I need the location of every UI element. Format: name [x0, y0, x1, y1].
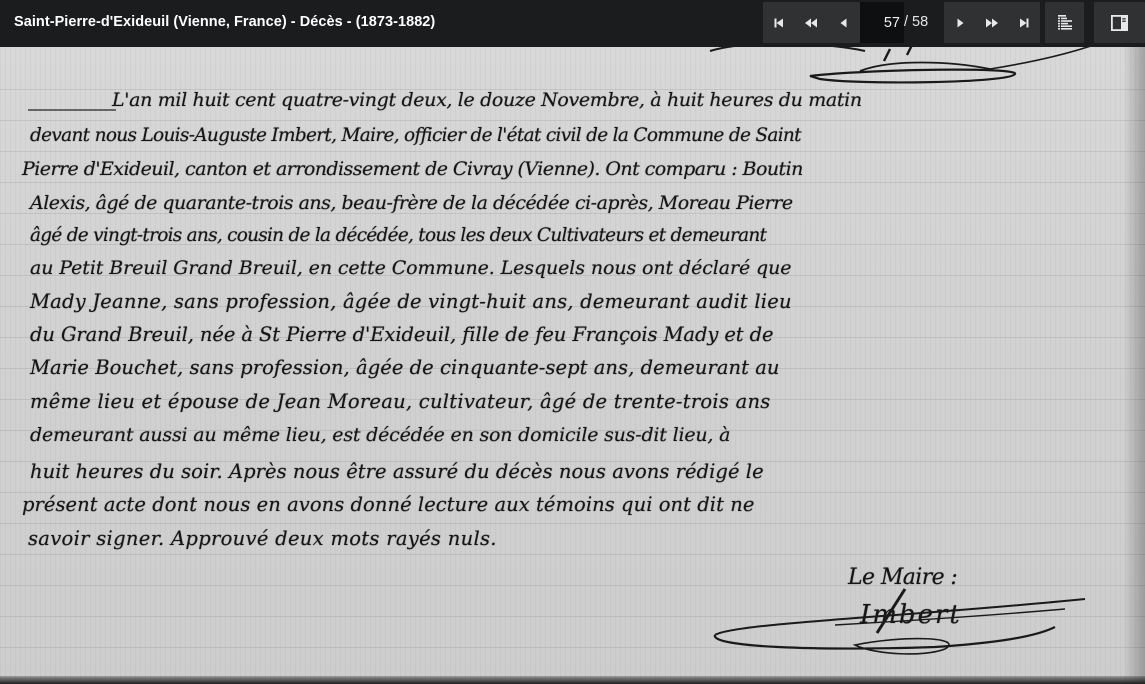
record-line-11: demeurant aussi au même lieu, est décédé…	[30, 424, 730, 446]
fast-backward-icon	[805, 18, 817, 28]
record-line-5: âgé de vingt-trois ans, cousin de la déc…	[30, 225, 766, 246]
record-line-6: au Petit Breuil Grand Breuil, en cette C…	[30, 257, 791, 279]
previous-navigation-group	[763, 2, 860, 43]
signature-flourish	[705, 587, 1105, 657]
margin-underline	[28, 107, 118, 113]
last-page-icon	[1019, 18, 1029, 28]
last-page-button[interactable]	[1008, 2, 1040, 43]
record-line-2: devant nous Louis-Auguste Imbert, Maire,…	[30, 125, 801, 146]
record-line-7: Mady Jeanne, sans profession, âgée de vi…	[30, 290, 792, 313]
record-line-14: savoir signer. Approuvé deux mots rayés …	[28, 527, 497, 550]
page-binding-shadow	[1123, 47, 1145, 684]
previous-act-signature-flourish	[690, 47, 1130, 93]
record-line-13: présent acte dont nous en avons donné le…	[22, 493, 754, 516]
record-line-9: Marie Bouchet, sans profession, âgée de …	[30, 356, 780, 379]
record-line-1: L'an mil huit cent quatre-vingt deux, le…	[112, 89, 862, 111]
list-view-button[interactable]	[1045, 2, 1084, 43]
next-page-icon	[957, 18, 964, 28]
record-line-10: même lieu et épouse de Jean Moreau, cult…	[30, 390, 771, 413]
viewer-toolbar: Saint-Pierre-d'Exideuil (Vienne, France)…	[0, 0, 1145, 47]
first-page-button[interactable]	[763, 2, 795, 43]
fast-forward-button[interactable]	[976, 2, 1008, 43]
list-icon	[1058, 15, 1072, 30]
previous-page-button[interactable]	[828, 2, 860, 43]
document-image-viewer[interactable]: L'an mil huit cent quatre-vingt deux, le…	[0, 47, 1145, 684]
toggle-side-panel-button[interactable]	[1094, 2, 1145, 43]
page-bottom-edge	[0, 676, 1145, 684]
page-number-input[interactable]	[860, 2, 904, 43]
record-line-3: Pierre d'Exideuil, canton et arrondissem…	[22, 158, 803, 180]
fast-forward-icon	[986, 18, 998, 28]
next-navigation-group	[944, 2, 1040, 43]
side-panel-icon	[1111, 15, 1128, 31]
next-page-button[interactable]	[944, 2, 976, 43]
record-line-8: du Grand Breuil, née à St Pierre d'Exide…	[30, 323, 773, 346]
previous-page-icon	[840, 18, 847, 28]
record-line-12: huit heures du soir. Après nous être ass…	[30, 460, 764, 483]
page-total: / 58	[904, 14, 928, 30]
register-title: Saint-Pierre-d'Exideuil (Vienne, France)…	[14, 14, 435, 30]
record-line-4: Alexis, âgé de quarante-trois ans, beau-…	[30, 192, 793, 214]
fast-backward-button[interactable]	[795, 2, 827, 43]
first-page-icon	[774, 18, 784, 28]
